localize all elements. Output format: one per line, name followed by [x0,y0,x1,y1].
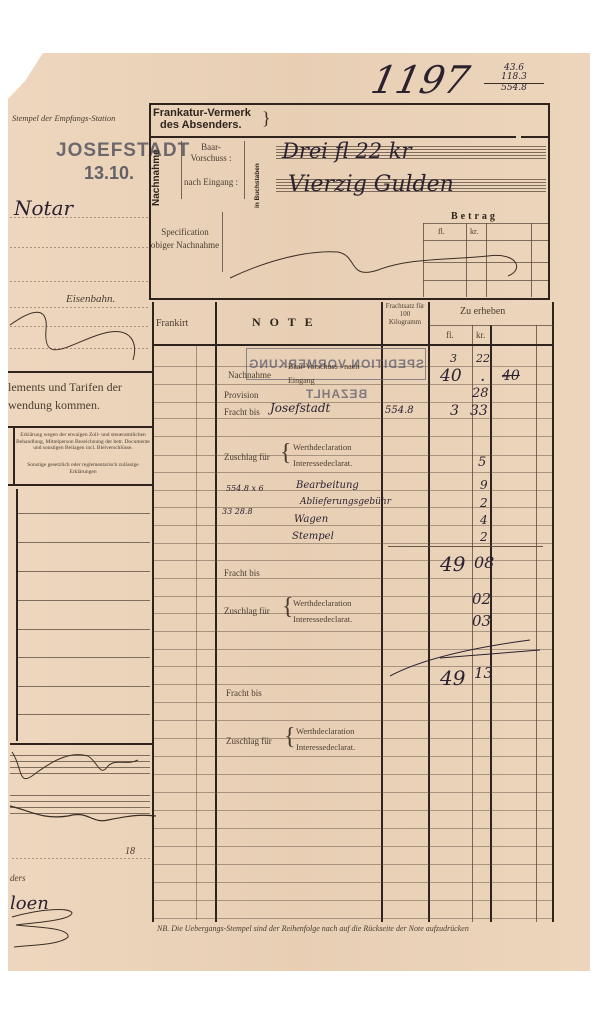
year-prefix: 18 [125,846,135,857]
station-stamp: JOSEFSTADT [56,140,190,162]
amount-kr-r3: 28 [472,386,489,401]
row-zuschlag-label-3: Zuschlag für [226,736,272,746]
betrag-fl: fl. [438,227,445,236]
interessedeclarat-2: Interessedeclarat. [293,614,352,624]
side-calc-1: 554.8 x 6 [226,484,264,493]
col-kr: kr. [476,330,485,340]
handwritten-item-4: Stempel [292,531,334,542]
col-fl: fl. [446,330,454,340]
amount-kr-r11: 02 [472,590,491,608]
row-fracht-destination: Josefstadt [270,401,330,415]
betrag-kr: kr. [470,227,478,236]
amount-kr-r1: 22 [476,352,490,365]
specification-label: Specification obiger Nachnahme [150,226,220,252]
interessedeclarat-3: Interessedeclarat. [296,742,355,752]
amount-words-line1: Drei fl 22 kr [282,139,412,163]
calc-line: 118.3 [484,73,544,82]
frankatur-title-line2: des Absenders. [153,119,251,131]
amount-kr-r4: 33 [470,403,488,419]
tariff-text-2: wendung kommen. [8,398,100,413]
row-fracht-label-2: Fracht bis [224,568,260,578]
handwritten-item-2: Ablieferungsgebühr [300,497,391,507]
eisenbahn-label: Eisenbahn. [66,293,115,305]
nach-eingang-label: nach Eingang : [183,177,239,188]
frankatur-title-line1: Frankatur-Vermerk [153,107,251,119]
amount-fl-r4: 3 [450,403,459,419]
amount-kr-r9: 2 [480,530,488,544]
top-right-calc: 43.6 118.3 554.8 [484,64,544,93]
werthdeclaration-1: Werthdeclaration [293,442,351,452]
werthdeclaration-2: Werthdeclaration [293,598,351,608]
col-frankirt: Frankirt [156,318,188,329]
amount-fl-r2: 40 [440,366,462,386]
handwritten-item-1: Bearbeitung [296,480,359,491]
row-fracht-label-3: Fracht bis [226,688,262,698]
col-zu-erheben: Zu erheben [460,306,505,317]
row-zuschlag-label-1: Zuschlag für [224,452,270,462]
amount-kr-r12: 03 [472,612,491,630]
amount-kr-r2: . [480,366,485,386]
betrag-label: Betrag [451,211,498,222]
other-declarations: Sonstige gesetzlich oder reglementarisch… [16,462,150,475]
werthdeclaration-3: Werthdeclaration [296,726,354,736]
total-kr: 13 [474,664,493,682]
calc-line: 554.8 [484,83,544,93]
sender-label: ders [10,873,26,883]
row-nachnahme-sub: Baar-Vorschuss / nach Eingang [288,360,378,388]
handwritten-item-3: Wagen [294,514,328,525]
footer-note: NB. Die Uebergangs-Stempel sind der Reih… [157,924,469,933]
total-fl: 49 [440,666,465,690]
signature-flourish [8,748,158,828]
squiggle-mark [8,305,148,365]
amount-kr-r5: 5 [478,455,486,470]
crossed-value: 40 [502,368,520,384]
tariff-text-1: lements und Tarifen der [8,380,122,395]
amount-kr-r8: 4 [480,513,488,527]
baar-vorschuss-label: Baar-Vorschuss : [183,142,239,164]
amount-kr-r7: 2 [480,496,488,510]
row-nachnahme-label: Nachnahme [228,370,271,380]
in-buchstaben-label: in Buchstaben [254,163,261,208]
row-fracht-label: Fracht bis [224,407,260,417]
subtotal-fl-1: 49 [440,552,465,576]
specification-flourish [228,240,528,290]
side-calc-2: 33 28.8 [222,507,253,516]
row-provision-label: Provision [224,390,259,400]
frankatur-title: Frankatur-Vermerk des Absenders. [153,107,251,131]
row-zuschlag-label-2: Zuschlag für [224,606,270,616]
signature-underline [10,905,80,955]
col-note: N O T E [252,315,316,330]
subtotal-kr-1: 08 [474,553,494,572]
nachnahme-label: Nachnahme [151,149,162,206]
empfangs-station-header: Stempel der Empfangs-Station [12,113,115,123]
amount-words-line2: Vierzig Gulden [288,172,454,197]
stamp-date: 13.10. [84,163,134,184]
amount-fl-r1: 3 [450,352,457,365]
amount-kr-r6: 9 [480,478,488,492]
col-frachtsatz: Frachtsatz für 100 Kilogramm [383,302,427,326]
row-fracht-rate: 554.8 [385,405,414,416]
interessedeclarat-1: Interessedeclarat. [293,458,352,468]
reference-number: 1197 [367,58,473,102]
declaration-text: Erklärung wegen der etwaigen Zoll- und s… [16,432,150,452]
